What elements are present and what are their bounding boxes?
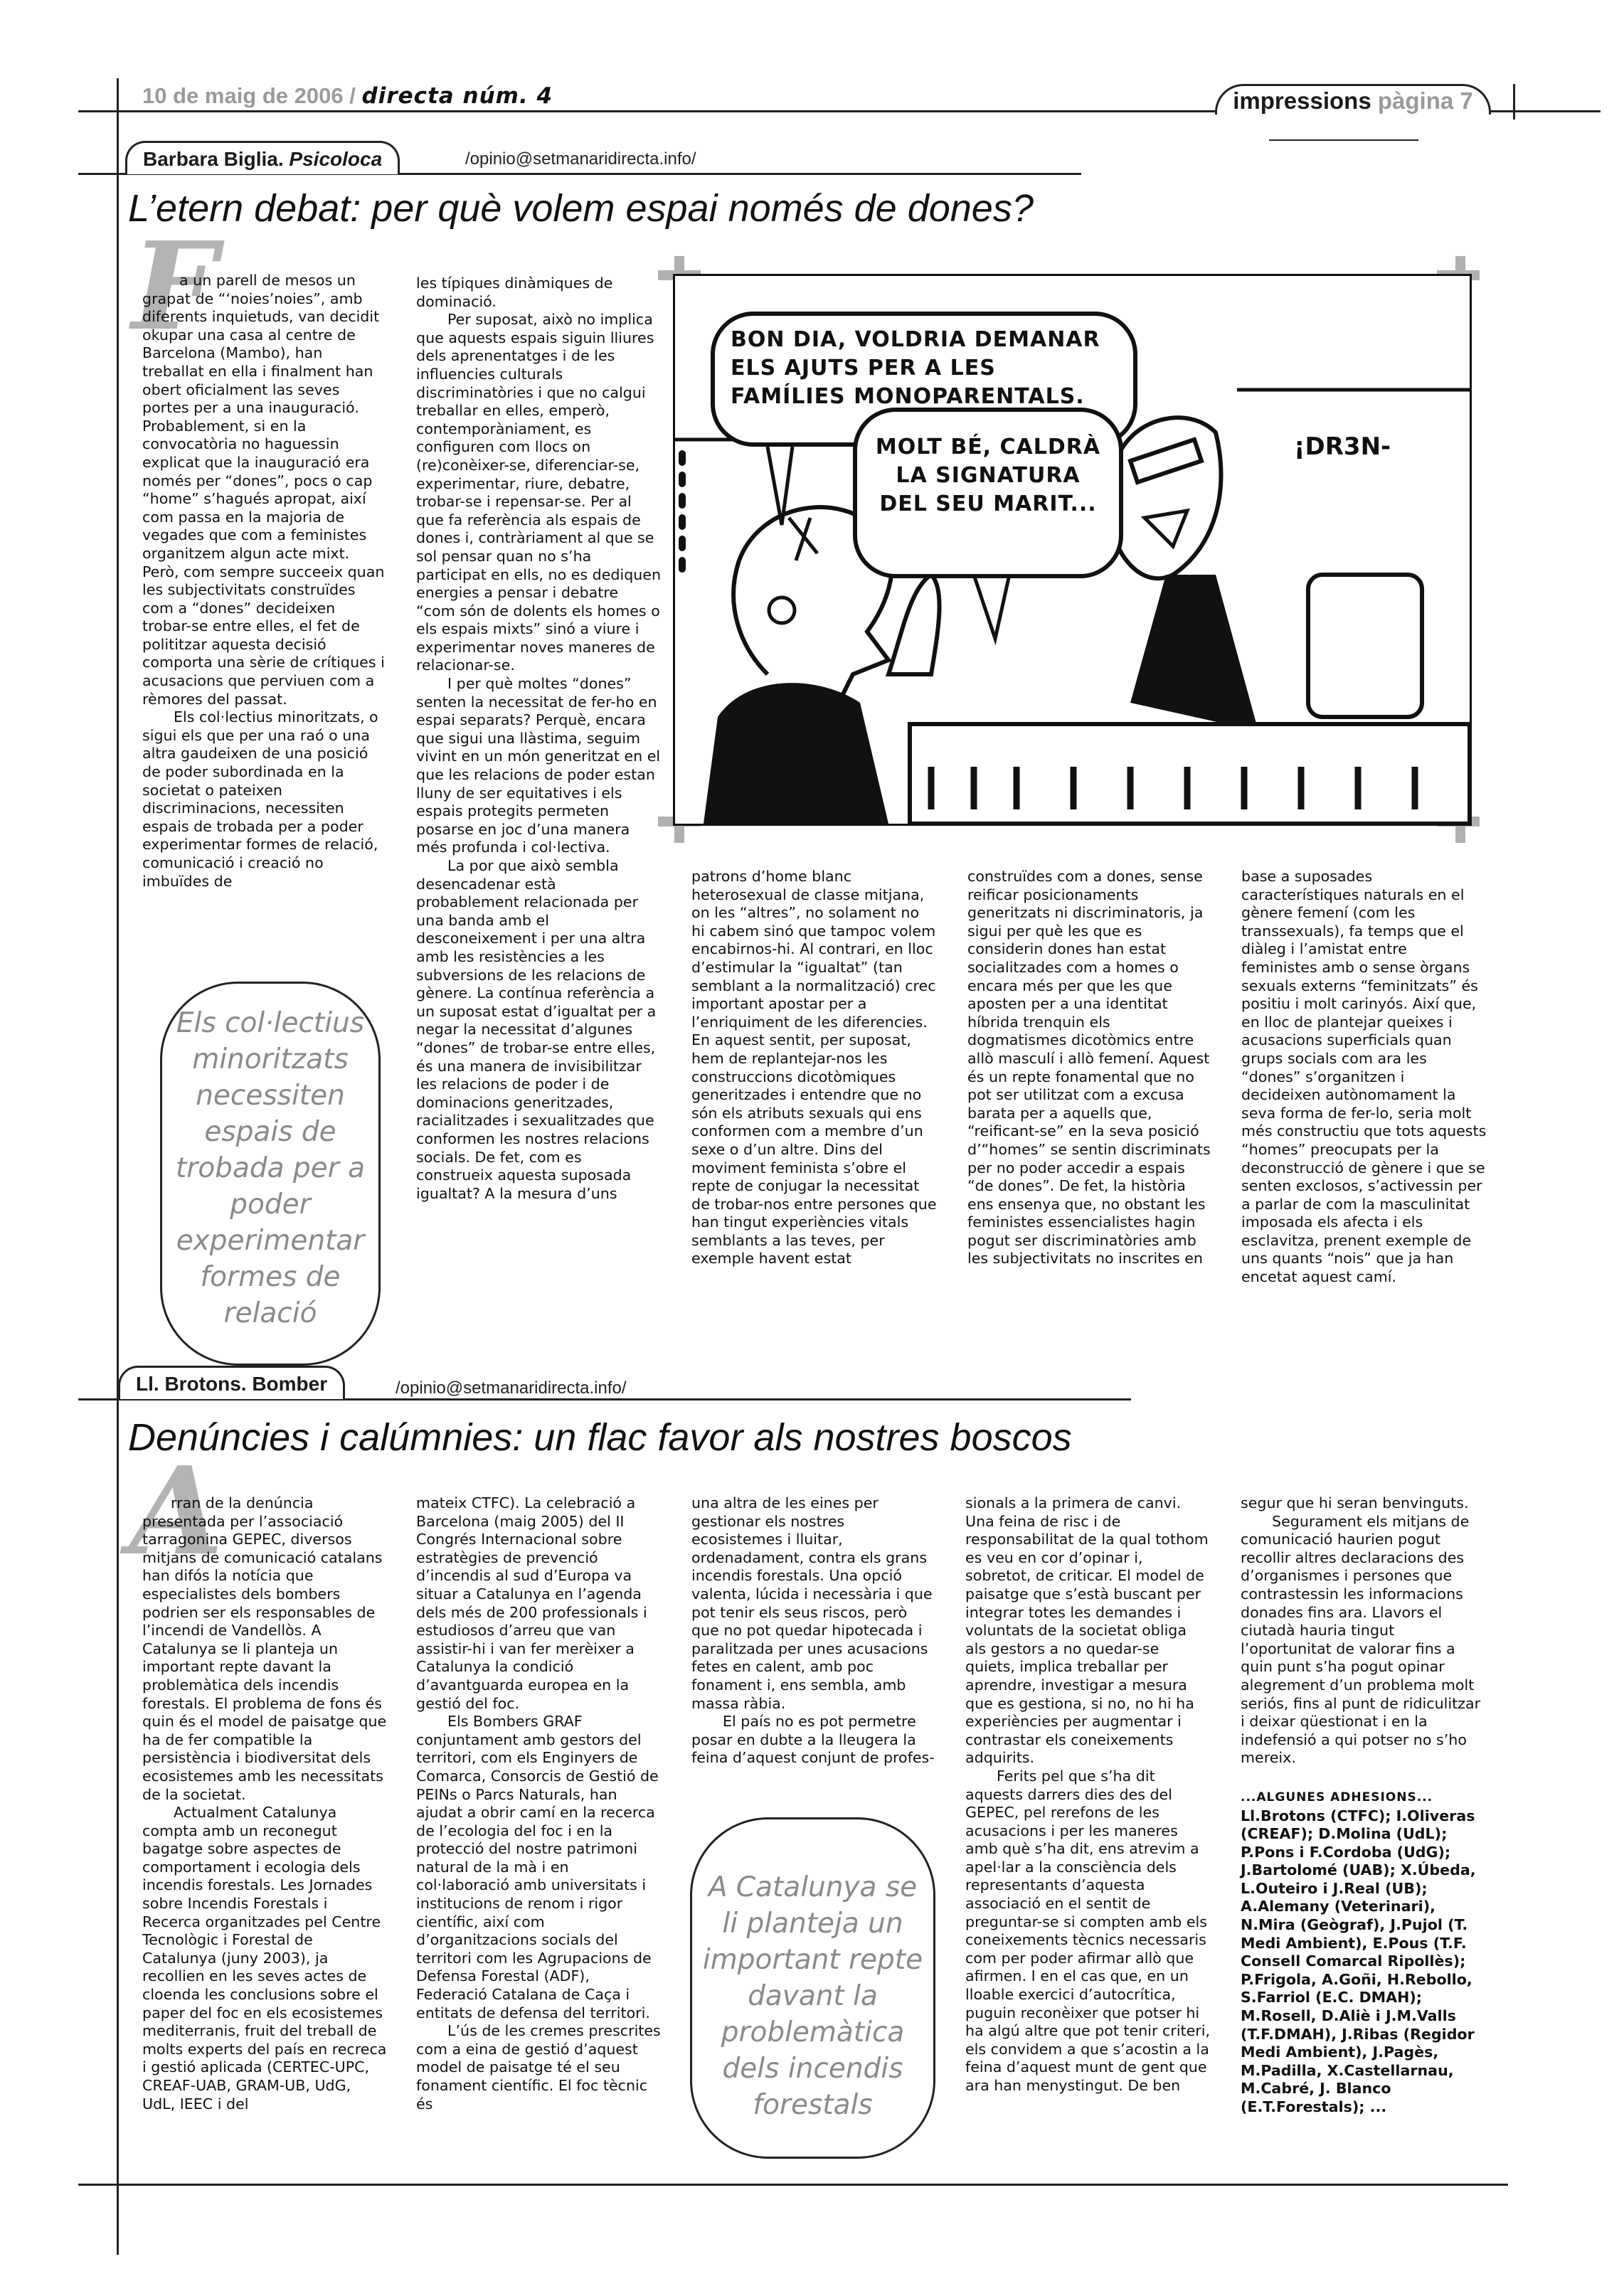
header-separator: / (349, 83, 356, 108)
paragraph: rran de la denúncia presentada per l’ass… (142, 1494, 388, 1804)
paragraph: Actualment Catalunya compta amb un recon… (142, 1804, 388, 2113)
page-number: pàgina 7 (1378, 87, 1473, 114)
right-margin-rule (1513, 84, 1515, 119)
article1-author: Barbara Biglia. (143, 148, 284, 170)
issue-date: 10 de maig de 2006 (142, 83, 344, 108)
footer-rule (78, 2184, 1508, 2186)
header-rule-short (1269, 139, 1418, 141)
paragraph: mateix CTFC). La celebració a Barcelona … (416, 1494, 662, 1713)
paragraph: les típiques dinàmiques de dominació. (416, 275, 662, 311)
article2-title: Denúncies i calúmnies: un flac favor als… (128, 1415, 1072, 1460)
article1-title: L’etern debat: per què volem espai només… (128, 186, 1034, 230)
article1-author-role: Psicoloca (289, 148, 382, 170)
running-header: 10 de maig de 2006 / directa núm. 4 (142, 83, 553, 109)
adhesions-heading: ...ALGUNES ADHESIONS... (1241, 1789, 1486, 1807)
paragraph: una altra de les eines per gestionar els… (691, 1494, 937, 1713)
paragraph: base a suposades característiques natura… (1241, 868, 1487, 1287)
paragraph: I per què moltes “dones” senten la neces… (416, 675, 662, 857)
artist-signature: ¡DR3N- (1294, 432, 1391, 461)
article2-column-3: una altra de les eines per gestionar els… (691, 1494, 937, 1768)
paragraph: El país no es pot permetre posar en dubt… (691, 1713, 937, 1768)
editorial-cartoon: BON DIA, VOLDRIA DEMANAR ELS AJUTS PER A… (673, 274, 1472, 826)
article2-column-4: sionals a la primera de canvi. Una feina… (965, 1494, 1211, 2095)
article1-byline: Barbara Biglia. Psicoloca (125, 141, 400, 174)
article1-column-3: patrons d’home blanc heterosexual de cla… (691, 868, 937, 1268)
paragraph: Els col·lectius minoritzats, o sigui els… (142, 708, 388, 891)
paragraph: Per suposat, això no implica que aquests… (416, 311, 662, 675)
article2-email: /opinio@setmanaridirecta.info/ (396, 1378, 627, 1398)
paragraph: sionals a la primera de canvi. Una feina… (965, 1494, 1211, 1768)
speech-bubble-clerk: MOLT BÉ, CALDRÀ LA SIGNATURA DEL SEU MAR… (853, 408, 1123, 578)
paragraph: patrons d’home blanc heterosexual de cla… (691, 868, 937, 1268)
left-margin-rule (117, 78, 119, 2255)
section-name: impressions (1233, 87, 1371, 114)
article2-column-1: rran de la denúncia presentada per l’ass… (142, 1494, 388, 2113)
paragraph: Segurament els mitjans de comunicació ha… (1241, 1513, 1486, 1768)
adhesions-list: Ll.Brotons (CTFC); I.Oliveras (CREAF); D… (1241, 1807, 1486, 2117)
section-tab: impressions pàgina 7 (1215, 84, 1491, 115)
issue-number: directa núm. 4 (361, 83, 553, 109)
article2-byline: Ll. Brotons. Bomber (118, 1366, 345, 1399)
paragraph: Ferits pel que s’ha dit aquests darrers … (965, 1768, 1211, 2095)
article1-column-1: a un parell de mesos un grapat de “‘noie… (142, 272, 388, 891)
article2-column-5: segur que hi seran benvinguts. Seguramen… (1241, 1494, 1486, 2117)
paragraph: La por que això sembla desencadenar està… (416, 857, 662, 1203)
paragraph: construïdes com a dones, sense reificar … (967, 868, 1213, 1268)
article1-email: /opinio@setmanaridirecta.info/ (465, 149, 696, 169)
paragraph: segur que hi seran benvinguts. (1241, 1494, 1486, 1513)
paragraph: a un parell de mesos un grapat de “‘noie… (142, 272, 388, 708)
article1-column-5: base a suposades característiques natura… (1241, 868, 1487, 1287)
article1-pullquote: Els col·lectius minoritzats necessiten e… (160, 982, 381, 1366)
article2-pullquote: A Catalunya se li planteja un important … (690, 1817, 935, 2159)
paragraph: L’ús de les cremes prescrites com a eina… (416, 2022, 662, 2113)
article1-column-2: les típiques dinàmiques de dominació. Pe… (416, 275, 662, 1203)
article1-column-4: construïdes com a dones, sense reificar … (967, 868, 1213, 1268)
article2-column-2: mateix CTFC). La celebració a Barcelona … (416, 1494, 662, 2113)
paragraph: Els Bombers GRAF conjuntament amb gestor… (416, 1713, 662, 2022)
